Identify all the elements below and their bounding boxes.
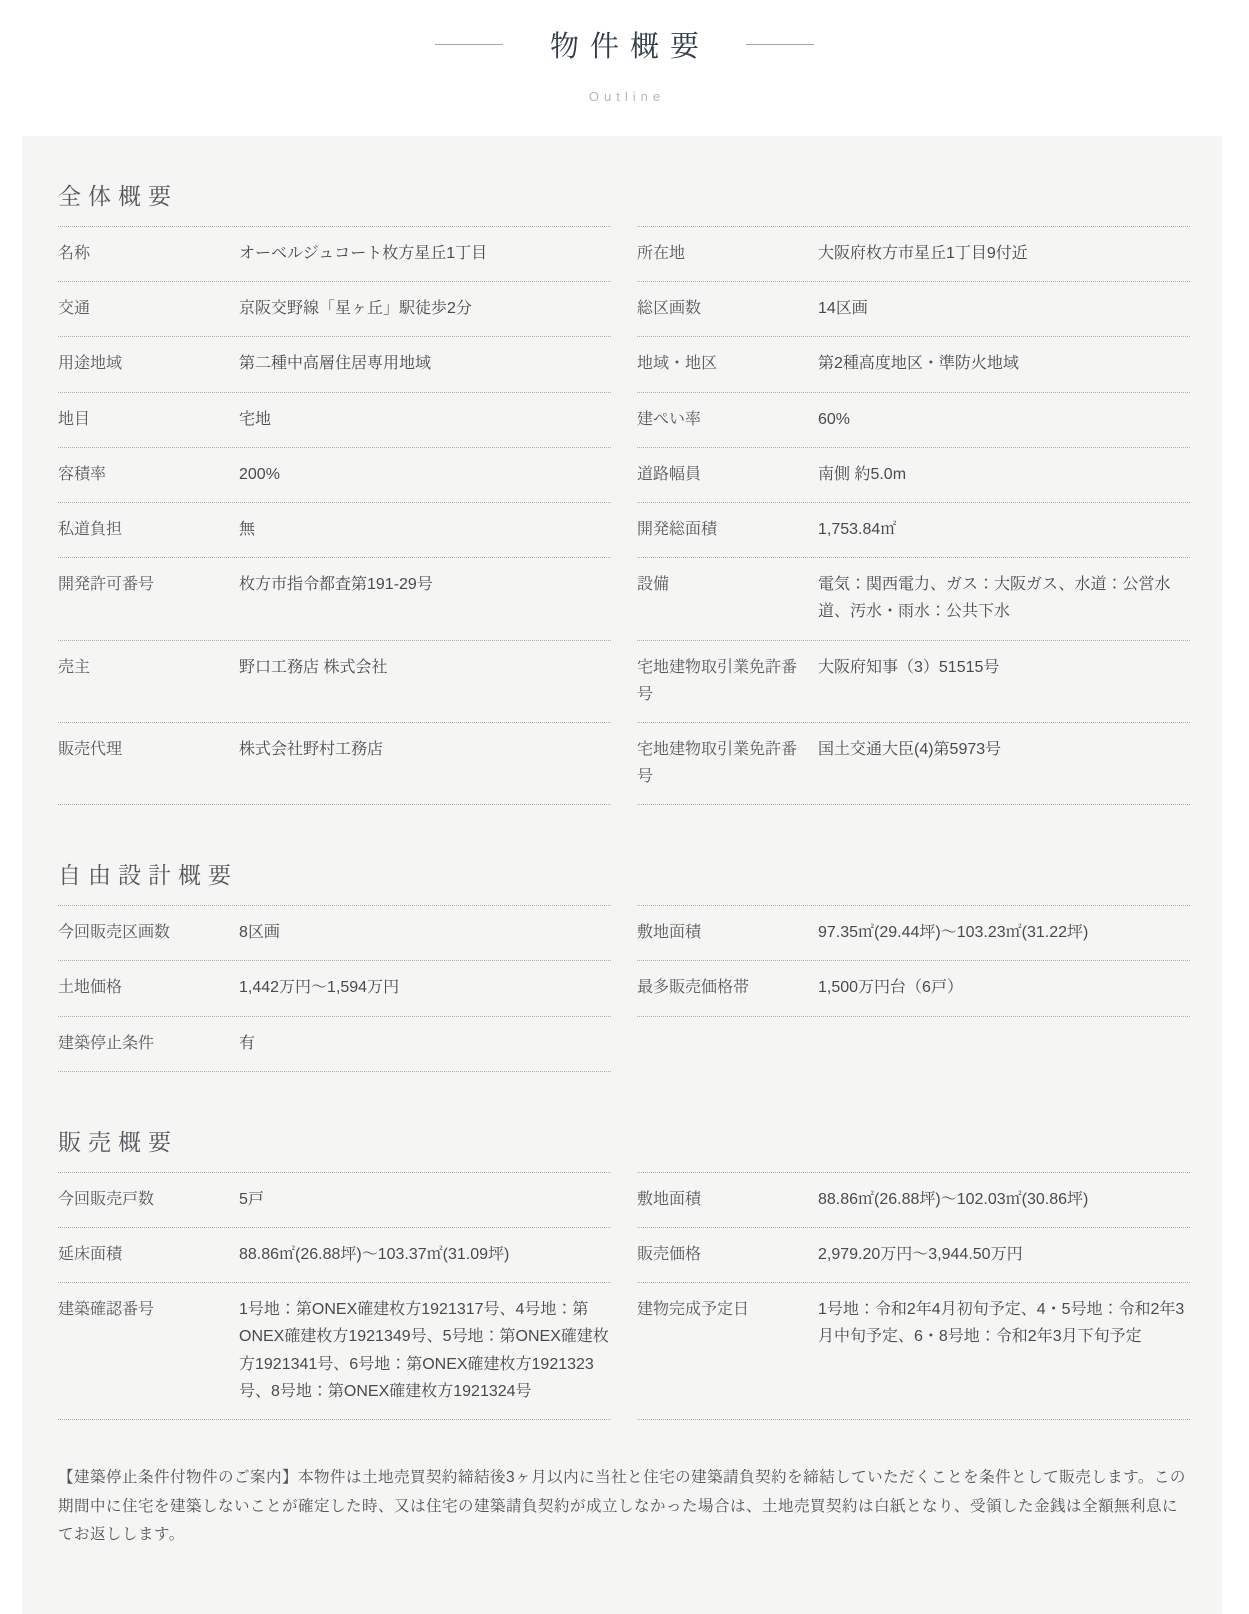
cell-value: 第二種中高層住居専用地域 xyxy=(239,350,611,377)
section-heading-sales: 販売概要 xyxy=(58,1124,1190,1157)
table-cell-district: 地域・地区 第2種高度地区・準防火地域 xyxy=(637,337,1190,392)
sales-table: 今回販売戸数 5戸 敷地面積 88.86㎡(26.88坪)〜102.03㎡(30… xyxy=(58,1172,1190,1420)
cell-value: 枚方市指令都査第191-29号 xyxy=(239,571,611,598)
free-design-table: 今回販売区画数 8区画 敷地面積 97.35㎡(29.44坪)〜103.23㎡(… xyxy=(58,905,1190,1072)
cell-label: 延床面積 xyxy=(58,1241,239,1268)
section-heading-overall: 全体概要 xyxy=(58,178,1190,211)
cell-value: 60% xyxy=(818,406,1190,433)
cell-label: 販売価格 xyxy=(637,1241,818,1268)
table-cell-coverage-ratio: 建ぺい率 60% xyxy=(637,393,1190,448)
table-cell-sales-agent: 販売代理 株式会社野村工務店 xyxy=(58,723,611,805)
cell-label: 今回販売戸数 xyxy=(58,1186,239,1213)
table-cell-units-for-sale: 今回販売戸数 5戸 xyxy=(58,1172,611,1228)
cell-label: 交通 xyxy=(58,295,239,322)
table-cell-development-area: 開発総面積 1,753.84㎡ xyxy=(637,503,1190,558)
cell-label: 所在地 xyxy=(637,240,818,267)
cell-label: 敷地面積 xyxy=(637,919,818,946)
table-cell-private-road: 私道負担 無 xyxy=(58,503,611,558)
table-cell-utilities: 設備 電気：関西電力、ガス：大阪ガス、水道：公営水道、汚水・雨水：公共下水 xyxy=(637,558,1190,640)
cell-value: 無 xyxy=(239,516,611,543)
cell-value: 大阪府知事（3）51515号 xyxy=(818,654,1190,681)
cell-value: 国土交通大臣(4)第5973号 xyxy=(818,736,1190,763)
cell-value: 88.86㎡(26.88坪)〜102.03㎡(30.86坪) xyxy=(818,1186,1190,1213)
cell-label: 名称 xyxy=(58,240,239,267)
table-cell-license-seller: 宅地建物取引業免許番号 大阪府知事（3）51515号 xyxy=(637,641,1190,723)
cell-label: 土地価格 xyxy=(58,974,239,1001)
page-title-row: 物件概要 xyxy=(0,24,1249,65)
cell-label: 容積率 xyxy=(58,461,239,488)
table-cell-total-floor-area: 延床面積 88.86㎡(26.88坪)〜103.37㎡(31.09坪) xyxy=(58,1228,611,1283)
page-header: 物件概要 Outline xyxy=(0,0,1249,104)
cell-value: 5戸 xyxy=(239,1186,611,1213)
cell-value: 88.86㎡(26.88坪)〜103.37㎡(31.09坪) xyxy=(239,1241,611,1268)
cell-label: 建ぺい率 xyxy=(637,406,818,433)
cell-value: 2,979.20万円〜3,944.50万円 xyxy=(818,1241,1190,1268)
outline-card: 全体概要 名称 オーベルジュコート枚方星丘1丁目 所在地 大阪府枚方市星丘1丁目… xyxy=(22,136,1222,1614)
title-divider-line-left xyxy=(435,44,503,45)
cell-label: 今回販売区画数 xyxy=(58,919,239,946)
cell-label: 開発許可番号 xyxy=(58,571,239,598)
table-cell-lots-for-sale: 今回販売区画数 8区画 xyxy=(58,905,611,961)
cell-label: 宅地建物取引業免許番号 xyxy=(637,736,818,790)
section-overall-overview: 全体概要 名称 オーベルジュコート枚方星丘1丁目 所在地 大阪府枚方市星丘1丁目… xyxy=(58,178,1190,805)
cell-value: 大阪府枚方市星丘1丁目9付近 xyxy=(818,240,1190,267)
cell-label: 販売代理 xyxy=(58,736,239,763)
cell-value: 電気：関西電力、ガス：大阪ガス、水道：公営水道、汚水・雨水：公共下水 xyxy=(818,571,1190,625)
table-cell-land-price: 土地価格 1,442万円〜1,594万円 xyxy=(58,961,611,1016)
cell-label: 最多販売価格帯 xyxy=(637,974,818,1001)
cell-label: 開発総面積 xyxy=(637,516,818,543)
table-cell-name: 名称 オーベルジュコート枚方星丘1丁目 xyxy=(58,226,611,282)
table-cell-building-confirmation-number: 建築確認番号 1号地：第ONEX確建枚方1921317号、4号地：第ONEX確建… xyxy=(58,1283,611,1420)
table-cell-zoning: 用途地域 第二種中高層住居専用地域 xyxy=(58,337,611,392)
cell-value: 8区画 xyxy=(239,919,611,946)
overall-table: 名称 オーベルジュコート枚方星丘1丁目 所在地 大阪府枚方市星丘1丁目9付近 交… xyxy=(58,226,1190,805)
cell-label: 建築確認番号 xyxy=(58,1296,239,1323)
cell-value: 1号地：第ONEX確建枚方1921317号、4号地：第ONEX確建枚方19213… xyxy=(239,1296,611,1405)
cell-label: 道路幅員 xyxy=(637,461,818,488)
cell-value: 野口工務店 株式会社 xyxy=(239,654,611,681)
cell-label: 私道負担 xyxy=(58,516,239,543)
cell-value: 京阪交野線「星ヶ丘」駅徒歩2分 xyxy=(239,295,611,322)
cell-label: 用途地域 xyxy=(58,350,239,377)
cell-value: 97.35㎡(29.44坪)〜103.23㎡(31.22坪) xyxy=(818,919,1190,946)
table-cell-seller: 売主 野口工務店 株式会社 xyxy=(58,641,611,723)
table-cell-land-category: 地目 宅地 xyxy=(58,393,611,448)
cell-value: オーベルジュコート枚方星丘1丁目 xyxy=(239,240,611,267)
section-heading-free-design: 自由設計概要 xyxy=(58,857,1190,890)
cell-value: 1,753.84㎡ xyxy=(818,516,1190,543)
table-cell-price-range: 最多販売価格帯 1,500万円台（6戸） xyxy=(637,961,1190,1016)
table-cell-empty xyxy=(637,1017,1190,1072)
cell-label: 建物完成予定日 xyxy=(637,1296,818,1323)
table-cell-floor-area-ratio: 容積率 200% xyxy=(58,448,611,503)
cell-value: 株式会社野村工務店 xyxy=(239,736,611,763)
table-cell-building-stop-condition: 建築停止条件 有 xyxy=(58,1017,611,1072)
table-cell-location: 所在地 大阪府枚方市星丘1丁目9付近 xyxy=(637,226,1190,282)
table-cell-license-agent: 宅地建物取引業免許番号 国土交通大臣(4)第5973号 xyxy=(637,723,1190,805)
cell-label: 地目 xyxy=(58,406,239,433)
cell-label: 売主 xyxy=(58,654,239,681)
cell-label: 建築停止条件 xyxy=(58,1030,239,1057)
cell-value: 1,500万円台（6戸） xyxy=(818,974,1190,1001)
cell-value: 南側 約5.0m xyxy=(818,461,1190,488)
table-cell-site-area-sales: 敷地面積 88.86㎡(26.88坪)〜102.03㎡(30.86坪) xyxy=(637,1172,1190,1228)
table-cell-site-area-design: 敷地面積 97.35㎡(29.44坪)〜103.23㎡(31.22坪) xyxy=(637,905,1190,961)
cell-label: 総区画数 xyxy=(637,295,818,322)
section-free-design-overview: 自由設計概要 今回販売区画数 8区画 敷地面積 97.35㎡(29.44坪)〜1… xyxy=(58,857,1190,1072)
cell-value: 有 xyxy=(239,1030,611,1057)
table-cell-completion-date: 建物完成予定日 1号地：令和2年4月初旬予定、4・5号地：令和2年3月中旬予定、… xyxy=(637,1283,1190,1420)
cell-label: 地域・地区 xyxy=(637,350,818,377)
title-divider-line-right xyxy=(746,44,814,45)
cell-value: 1号地：令和2年4月初旬予定、4・5号地：令和2年3月中旬予定、6・8号地：令和… xyxy=(818,1296,1190,1350)
cell-value: 200% xyxy=(239,461,611,488)
cell-value: 第2種高度地区・準防火地域 xyxy=(818,350,1190,377)
table-cell-transport: 交通 京阪交野線「星ヶ丘」駅徒歩2分 xyxy=(58,282,611,337)
cell-label: 宅地建物取引業免許番号 xyxy=(637,654,818,708)
disclaimer-text: 【建築停止条件付物件のご案内】本物件は土地売買契約締結後3ヶ月以内に当社と住宅の… xyxy=(58,1464,1190,1550)
cell-label: 敷地面積 xyxy=(637,1186,818,1213)
page-subtitle: Outline xyxy=(0,89,1249,104)
cell-value: 宅地 xyxy=(239,406,611,433)
cell-value: 1,442万円〜1,594万円 xyxy=(239,974,611,1001)
cell-label: 設備 xyxy=(637,571,818,598)
cell-value: 14区画 xyxy=(818,295,1190,322)
table-cell-development-permit: 開発許可番号 枚方市指令都査第191-29号 xyxy=(58,558,611,640)
page-title: 物件概要 xyxy=(539,24,710,65)
table-cell-sales-price: 販売価格 2,979.20万円〜3,944.50万円 xyxy=(637,1228,1190,1283)
table-cell-road-width: 道路幅員 南側 約5.0m xyxy=(637,448,1190,503)
table-cell-total-lots: 総区画数 14区画 xyxy=(637,282,1190,337)
section-sales-overview: 販売概要 今回販売戸数 5戸 敷地面積 88.86㎡(26.88坪)〜102.0… xyxy=(58,1124,1190,1420)
